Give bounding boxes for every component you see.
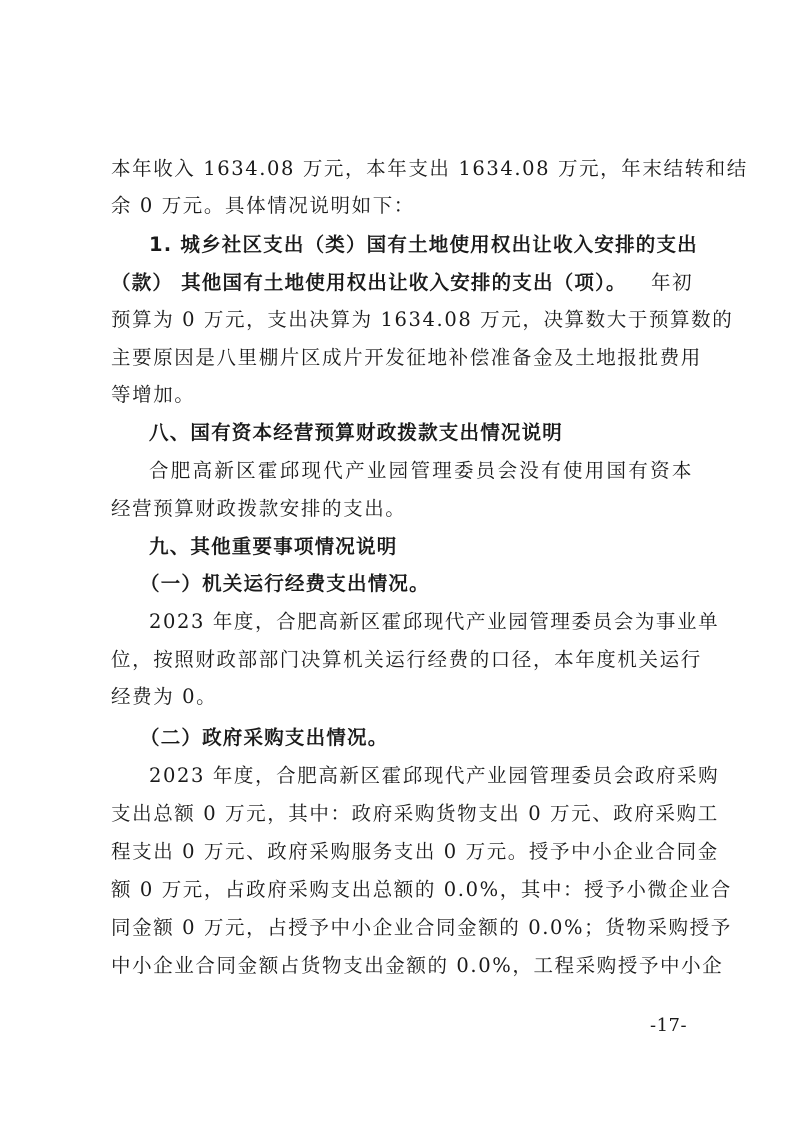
- paragraph-line: 程支出 0 万元、政府采购服务支出 0 万元。授予中小企业合同金: [111, 839, 693, 865]
- item-heading-line: 1. 城乡社区支出（类）国有土地使用权出让收入安排的支出: [149, 232, 693, 258]
- paragraph-line: 本年收入 1634.08 万元，本年支出 1634.08 万元，年末结转和结: [111, 156, 693, 182]
- document-page: 本年收入 1634.08 万元，本年支出 1634.08 万元，年末结转和结 余…: [0, 0, 793, 1122]
- section-heading: 九、其他重要事项情况说明: [149, 534, 693, 560]
- paragraph-line: 经营预算财政拨款安排的支出。: [111, 496, 693, 522]
- subsection-heading: （二）政府采购支出情况。: [140, 725, 693, 751]
- paragraph-line: 主要原因是八里棚片区成片开发征地补偿准备金及土地报批费用: [111, 345, 693, 371]
- paragraph-line: 年初: [651, 270, 701, 296]
- page-number: -17-: [650, 1015, 687, 1036]
- item-heading-text: （款） 其他国有土地使用权出让收入安排的支出（项）。: [111, 271, 627, 294]
- paragraph-line: 2023 年度，合肥高新区霍邱现代产业园管理委员会政府采购: [149, 763, 693, 789]
- paragraph-line: 经费为 0。: [111, 684, 693, 710]
- paragraph-line: 位，按照财政部部门决算机关运行经费的口径，本年度机关运行: [111, 647, 693, 673]
- paragraph-line: 2023 年度，合肥高新区霍邱现代产业园管理委员会为事业单: [149, 609, 693, 635]
- item-heading-line: （款） 其他国有土地使用权出让收入安排的支出（项）。: [111, 270, 631, 296]
- paragraph-line: 额 0 万元，占政府采购支出总额的 0.0%，其中：授予小微企业合: [111, 877, 693, 903]
- paragraph-line: 同金额 0 万元，占授予中小企业合同金额的 0.0%；货物采购授予: [111, 915, 693, 941]
- paragraph-line: 合肥高新区霍邱现代产业园管理委员会没有使用国有资本: [149, 458, 693, 484]
- paragraph-line: 等增加。: [111, 382, 693, 408]
- subsection-heading: （一）机关运行经费支出情况。: [140, 571, 693, 597]
- section-heading: 八、国有资本经营预算财政拨款支出情况说明: [149, 420, 693, 446]
- paragraph-line: 预算为 0 万元，支出决算为 1634.08 万元，决算数大于预算数的: [111, 307, 693, 333]
- paragraph-line: 中小企业合同金额占货物支出金额的 0.0%，工程采购授予中小企: [111, 953, 693, 979]
- paragraph-line: 支出总额 0 万元，其中：政府采购货物支出 0 万元、政府采购工: [111, 801, 693, 827]
- paragraph-line: 余 0 万元。具体情况说明如下：: [111, 193, 693, 219]
